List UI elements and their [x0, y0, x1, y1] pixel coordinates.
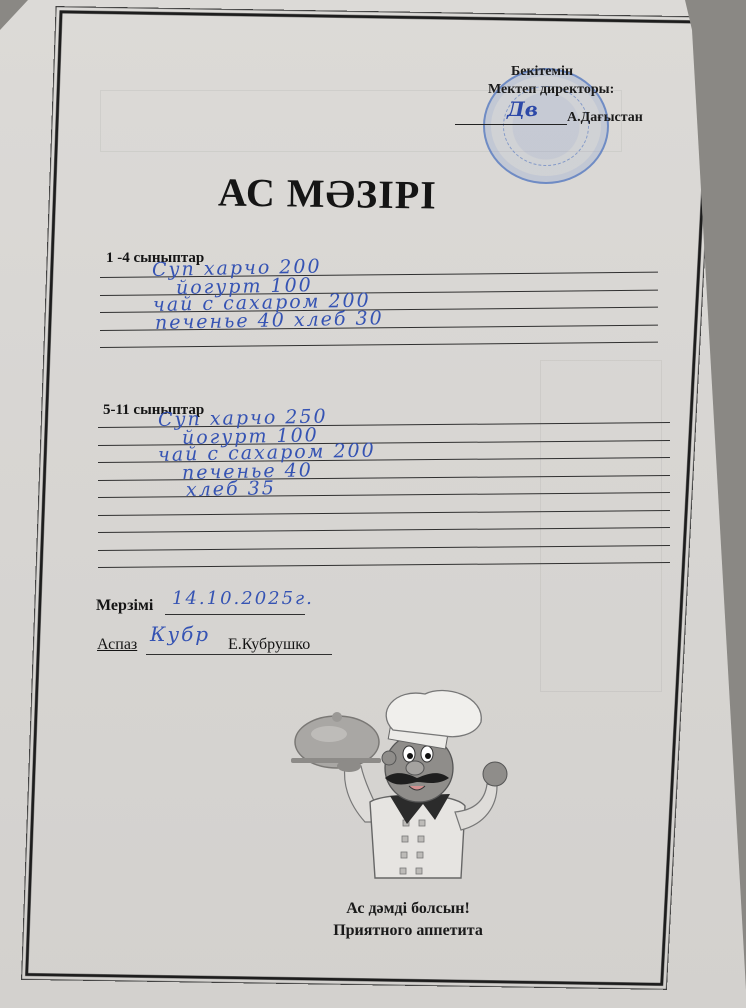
date-label: Мерзімі: [96, 597, 153, 615]
chef-illustration: [285, 682, 520, 882]
director-signature-line: [455, 124, 567, 125]
menu-item: хлеб 35: [186, 477, 276, 501]
footer-greeting-kk: Ас дәмді болсын!: [35, 900, 746, 918]
bleed-through-table: [540, 360, 662, 692]
footer-greeting-ru: Приятного аппетита: [35, 922, 746, 940]
date-underline: [165, 614, 305, 615]
date-value: 14.10.2025г.: [172, 588, 314, 609]
approved-label: Бекітемін: [511, 62, 573, 81]
cook-signature-line: [146, 654, 332, 655]
paper-sheet: Бекітемін Мектеп директоры: Дв А.Дағыста…: [0, 0, 746, 1008]
cook-label: Аспаз: [97, 636, 137, 654]
menu-item: печенье 40 хлеб 30: [155, 307, 384, 334]
cook-signature: Кубр: [150, 622, 210, 646]
cloche-icon: [291, 712, 381, 768]
cook-name: Е.Кубрушко: [228, 636, 310, 654]
page-title: АС МӘЗІРІ: [218, 168, 437, 218]
director-name: А.Дағыстан: [567, 108, 643, 127]
director-signature: Дв: [507, 100, 538, 119]
